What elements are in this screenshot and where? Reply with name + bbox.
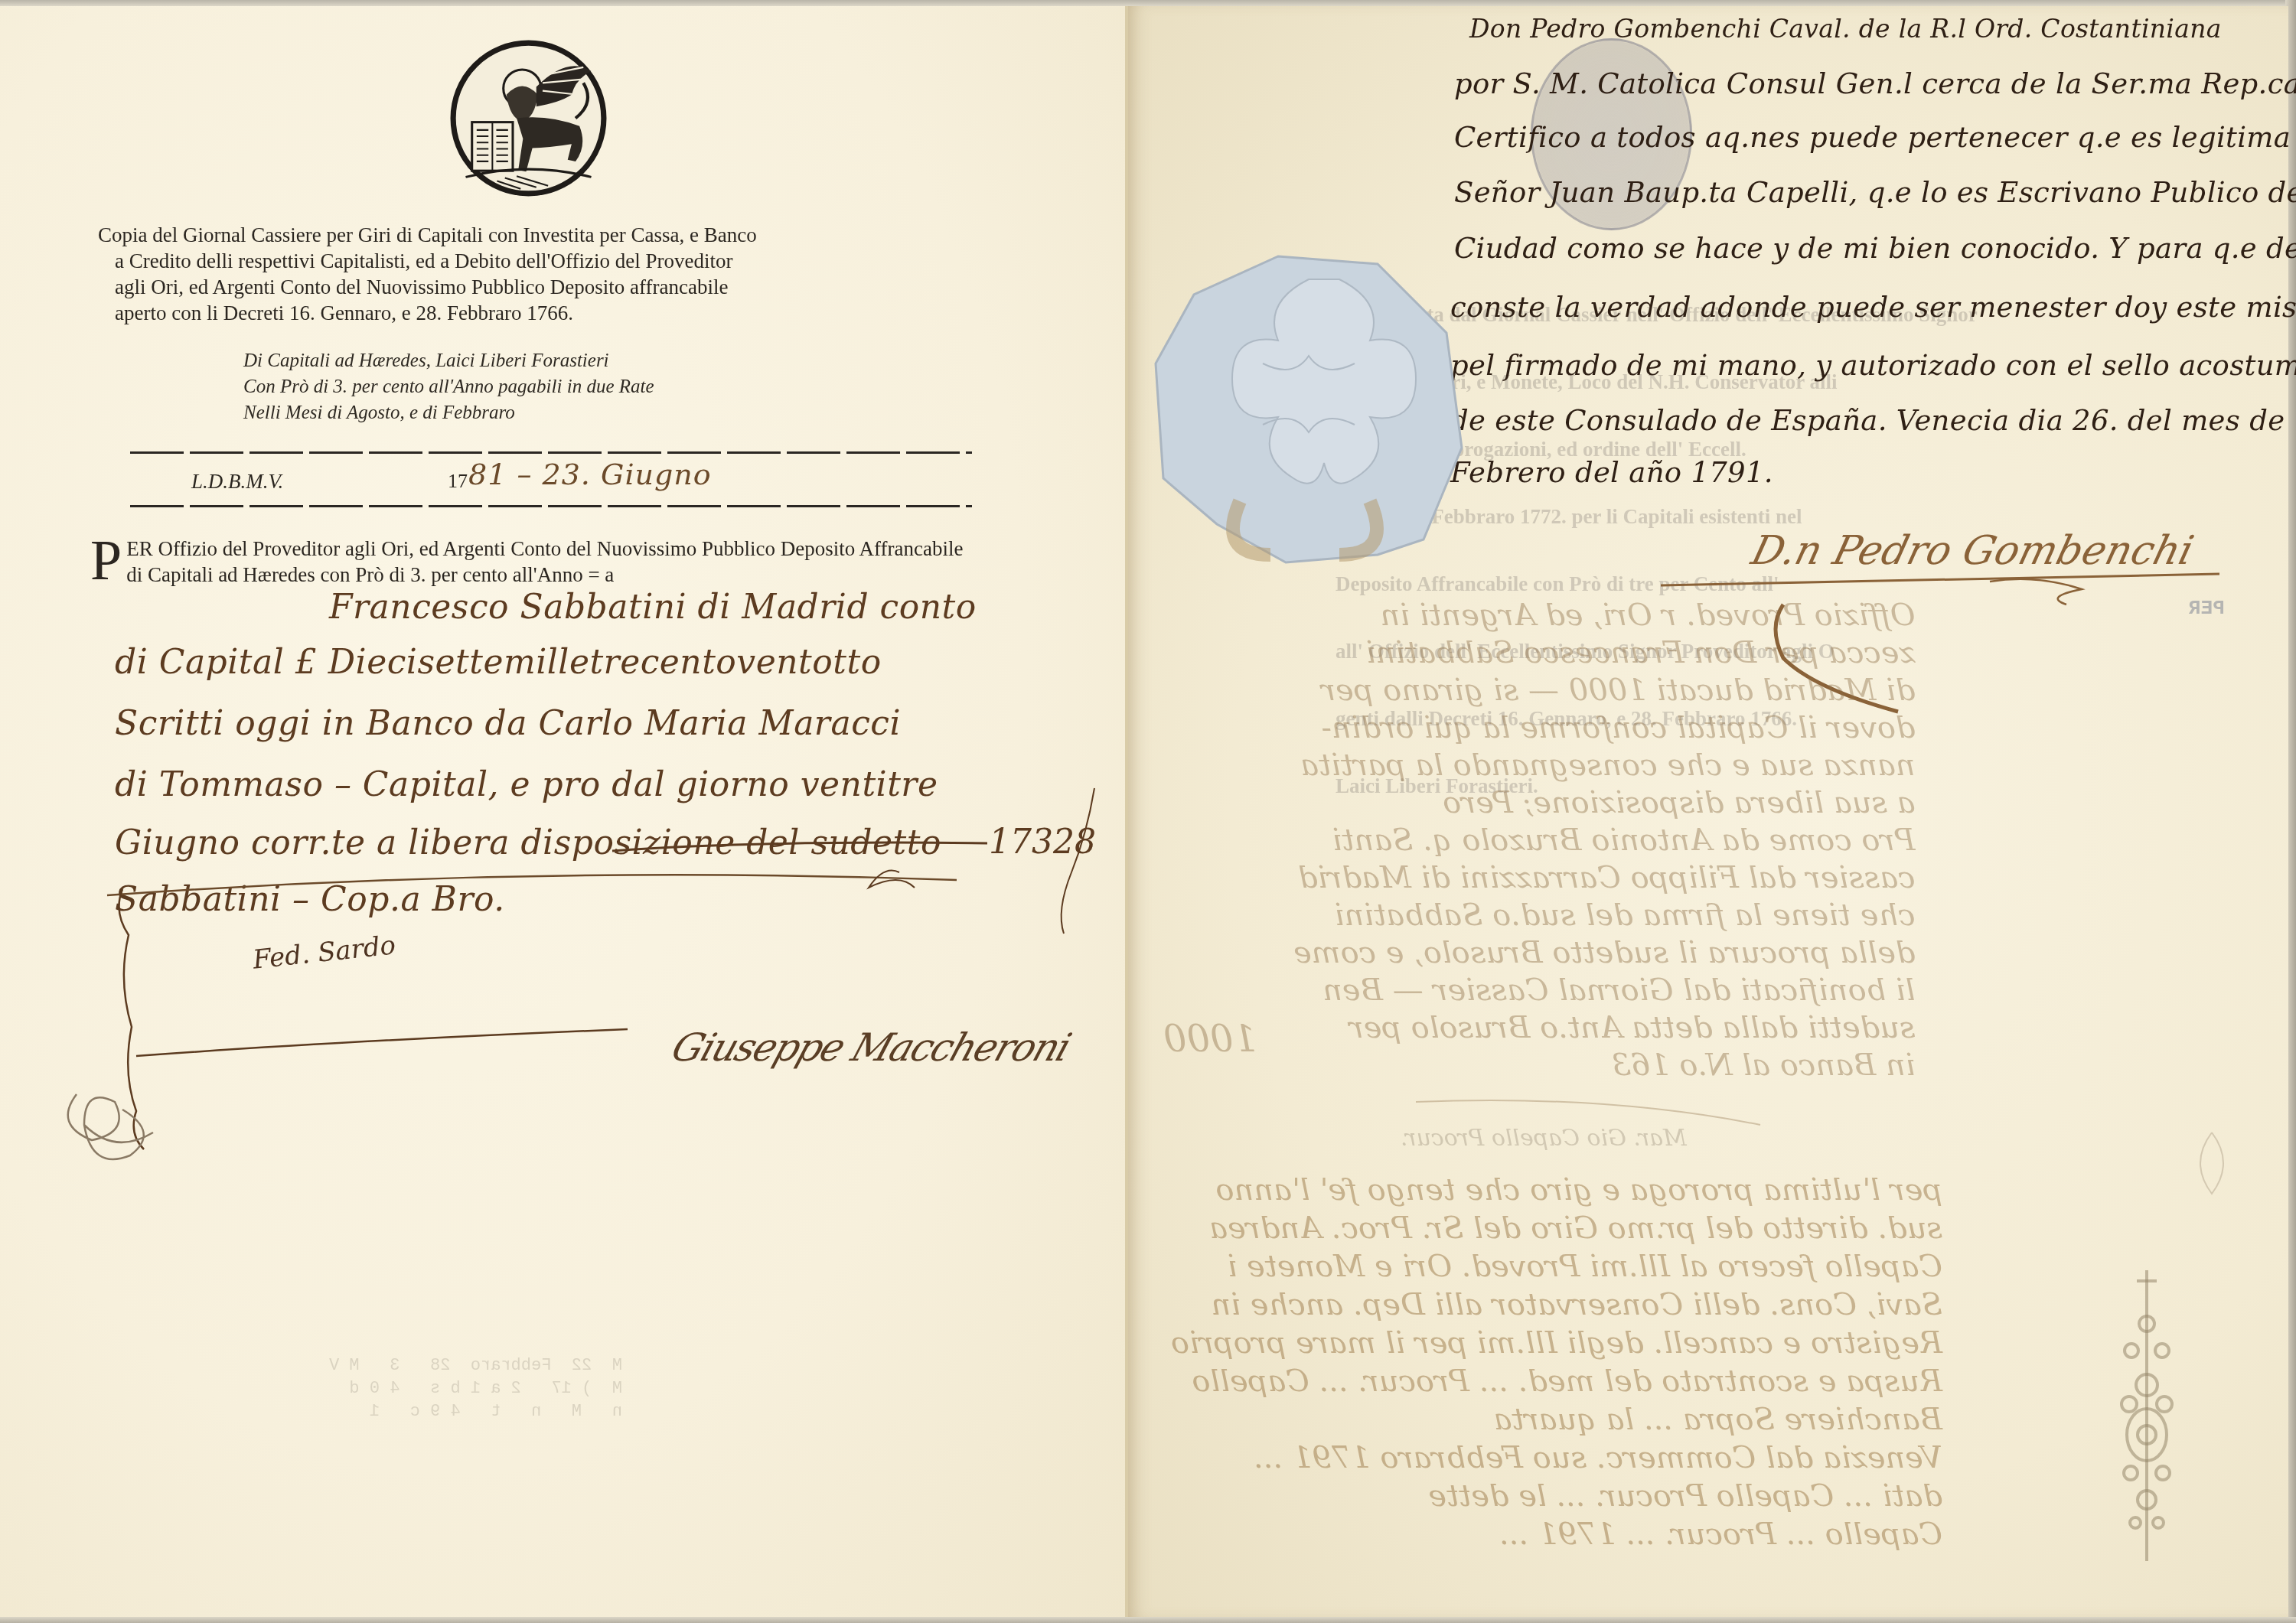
- mirror-line: Pro come da Antonio Bruzolo q. Santi: [1293, 822, 1916, 859]
- amount-handwritten: 17328: [989, 823, 1096, 862]
- handwritten-line: di Tommaso – Capital, e pro dal giorno v…: [115, 765, 938, 804]
- mirror-bleed-through-upper: Offizio Proved. r Ori, ed Argenti in zec…: [1293, 597, 1916, 1084]
- handwritten-date: 81 – 23. Giugno: [468, 458, 712, 491]
- mirror-line: Savi, Cons. delli Conservator alli Dep. …: [1171, 1286, 1942, 1324]
- certificate-line: Febrero del año 1791.: [1450, 456, 1773, 489]
- printed-header: Copia del Giornal Cassiere per Giri di C…: [98, 222, 970, 326]
- ledger-code: L.D.B.M.V.: [191, 470, 283, 494]
- mirror-line: Offizio Proved. r Ori, ed Argenti in: [1293, 597, 1916, 634]
- left-signature: Giuseppe Maccheroni: [667, 1025, 1076, 1070]
- mirror-amount: 1000: [1163, 1018, 1257, 1061]
- italic-term-line: Con Prò di 3. per cento all'Anno pagabil…: [243, 374, 654, 400]
- certificate-line: pel firmado de mi mano, y autorizado con…: [1450, 349, 2296, 382]
- mirror-line: Ruspa e scontrato del med. ... Procur. .…: [1171, 1362, 1942, 1400]
- lion-of-saint-mark-icon: [450, 40, 607, 197]
- scan-frame-bottom: [0, 1617, 2296, 1623]
- mirror-line: sud. diretto del pr.mo Giro del Sr. Proc…: [1171, 1209, 1942, 1247]
- scan-frame-top: [0, 0, 2296, 6]
- certificate-line: Ciudad como se hace y de mi bien conocid…: [1454, 232, 2296, 265]
- italic-term-line: Nelli Mesi di Agosto, e di Febbraro: [243, 400, 654, 426]
- mirror-line: nanza sua e che consegnando la partita: [1293, 747, 1916, 784]
- handwritten-line: di Capital £ Diecisettemilletrecentovent…: [115, 643, 882, 682]
- mirror-line: Banchiere Sopra ... la quarta: [1171, 1400, 1942, 1439]
- handwritten-line: Scritti oggi in Banco da Carlo Maria Mar…: [115, 704, 901, 743]
- mirror-line: per l'ultima proroga e giro che tengo fe…: [1171, 1171, 1942, 1209]
- dropcap-letter: P: [90, 537, 122, 585]
- mirror-line: di Madrid ducati 1000 — si girano per: [1293, 672, 1916, 709]
- ghost-print-line: Deposito Affrancabile con Prò di tre per…: [1336, 572, 1779, 595]
- mirror-heading: Mar. Gio Capello Procur.: [1401, 1125, 1687, 1152]
- mirror-line: dati ... Capello Procur. ... le dette: [1171, 1477, 1942, 1515]
- certificate-line: de este Consulado de España. Venecia dia…: [1450, 404, 2285, 437]
- mirror-line: sudetti dalla detta Ant.o Brusolo per: [1293, 1009, 1916, 1047]
- mirror-line: Venezia dal Commerc. suo Febbraro 1791 .…: [1171, 1439, 1942, 1477]
- mirror-line: della procura il sudetto Brusolo, e come: [1293, 934, 1916, 972]
- italic-terms: Di Capitali ad Hæredes, Laici Liberi For…: [243, 348, 654, 426]
- per-clause-text: ER Offizio del Proveditor agli Ori, ed A…: [126, 537, 963, 586]
- mirror-line: cassier dal Filippo Carrazzini di Madrid: [1293, 859, 1916, 897]
- per-clause: P ER Offizio del Proveditor agli Ori, ed…: [90, 536, 978, 588]
- mirror-bleed-through-lower: per l'ultima proroga e giro che tengo fe…: [1171, 1171, 1942, 1553]
- certificate-line: conste la verdad adonde puede ser menest…: [1450, 291, 2296, 324]
- certificate-line: Certifico a todos aq.nes puede pertenece…: [1454, 121, 2296, 154]
- mirror-line: che tiene la firma del sud.o Sabbatini: [1293, 897, 1916, 934]
- paper-wafer-seal-icon: [1148, 249, 1469, 570]
- ghost-per-text: PER: [2189, 597, 2225, 620]
- certificate-line: Señor Juan Baup.ta Capelli, q.e lo es Es…: [1454, 176, 2296, 209]
- right-signature: D.n Pedro Gombenchi: [1747, 528, 2199, 574]
- printed-header-line: a Credito delli respettivi Capitalisti, …: [98, 248, 970, 274]
- dashed-rule-bottom: [130, 505, 972, 507]
- bleed-through-print: M 22 Febbraro 28 3 M V M ) 17 2 a 1 b s …: [329, 1331, 622, 1423]
- certificate-line: Don Pedro Gombenchi Caval. de la R.l Ord…: [1469, 14, 2222, 44]
- handwritten-line: Sabbatini – Cop.a Bro.: [115, 880, 505, 919]
- mirror-line: Registro e cancell. degli Ill.mi per il …: [1171, 1324, 1942, 1362]
- mirror-line: Capello ... Procur. ... 1791 ...: [1171, 1515, 1942, 1553]
- dashed-rule-top: [130, 451, 972, 454]
- ornament-bleed-icon: [2112, 1270, 2181, 1561]
- certificate-line: por S. M. Catolica Consul Gen.l cerca de…: [1454, 67, 2296, 100]
- mirror-line: a sua libera disposizione; Pero: [1293, 784, 1916, 822]
- mirror-line: in Banco al N.o 163: [1293, 1047, 1916, 1084]
- mirror-line: dover il Capital conforme la qui ordin-: [1293, 709, 1916, 747]
- mirror-line: zecca per Don Francesco Sabbatini: [1293, 634, 1916, 672]
- printed-header-line: agli Ori, ed Argenti Conto del Nuovissim…: [98, 274, 970, 300]
- printed-year: 17: [448, 470, 468, 493]
- handwritten-line: Francesco Sabbatini di Madrid conto: [329, 588, 977, 627]
- mirror-line: Capello fecero al Ill.mi Proved. Ori e M…: [1171, 1247, 1942, 1286]
- printed-header-line: Copia del Giornal Cassiere per Giri di C…: [98, 222, 970, 248]
- handwritten-line: Giugno corr.te a libera disposizione del…: [115, 823, 941, 862]
- printed-header-line: aperto con li Decreti 16. Gennaro, e 28.…: [98, 300, 970, 326]
- mirror-line: li bonificati dal Giornal Cassier — Ben: [1293, 972, 1916, 1009]
- italic-term-line: Di Capitali ad Hæredes, Laici Liberi For…: [243, 348, 654, 374]
